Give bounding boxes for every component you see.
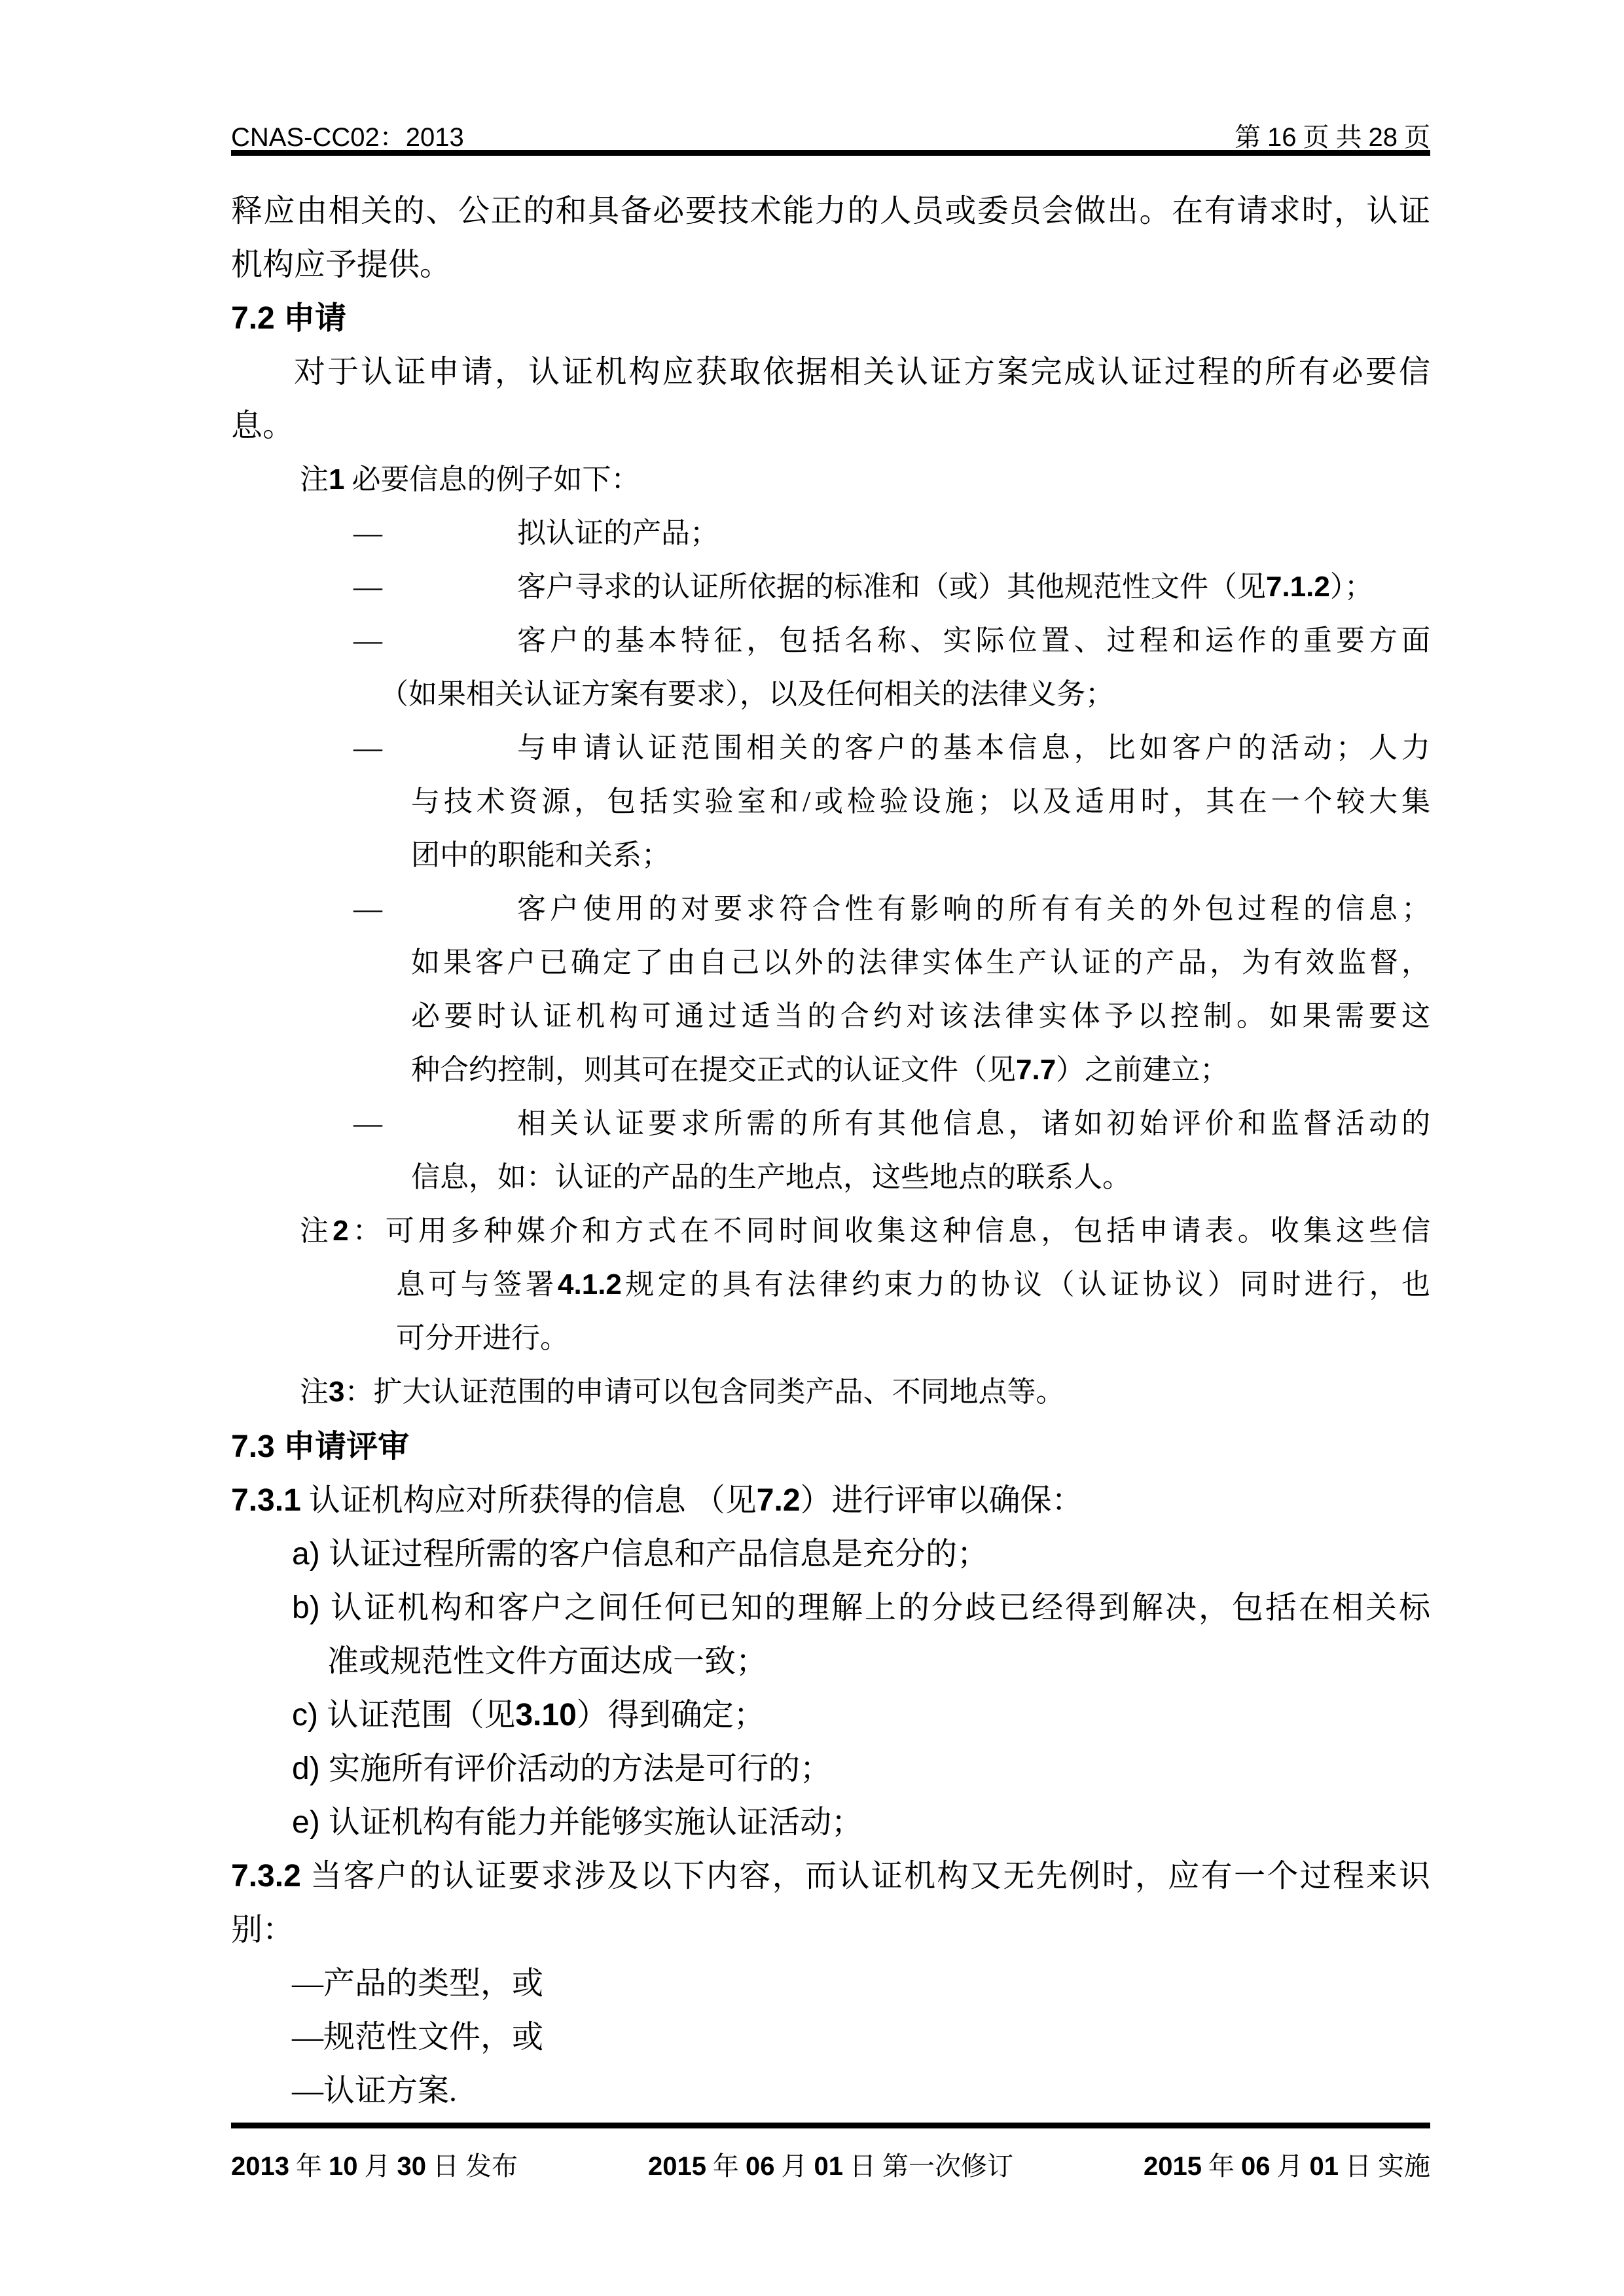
text-segment: 01: [1309, 2152, 1339, 2181]
text-segment: 7.2: [231, 301, 283, 336]
line-text: 与申请认证范围相关的客户的基本信息，比如客户的活动；人力: [517, 732, 1430, 764]
line-text: —规范性文件，或: [292, 2020, 543, 2054]
text-segment: 注: [300, 1376, 329, 1408]
line-text: 信息，如：认证的产品的生产地点，这些地点的联系人。: [411, 1161, 1131, 1193]
text-segment: 28: [1369, 123, 1398, 152]
text-segment: 06: [746, 2152, 775, 2181]
text-line: —与申请认证范围相关的客户的基本信息，比如客户的活动；人力: [353, 732, 382, 764]
line-text: —认证方案.: [292, 2073, 457, 2108]
text-line: 别：: [231, 1912, 294, 1948]
text-segment: ）之前建立；: [1056, 1054, 1229, 1086]
text-segment: 准或规范性文件方面达成一致；: [327, 1644, 767, 1679]
text-segment: 对于认证申请，认证机构应获取依据相关认证方案完成认证过程的所有必要信: [294, 355, 1430, 389]
text-segment: 规定的具有法律约束力的协议（认证协议）同时进行，也: [622, 1268, 1430, 1300]
bullet-dash: —: [353, 624, 382, 656]
text-line: 必要时认证机构可通过适当的合约对该法律实体予以控制。如果需要这: [411, 1000, 1430, 1032]
line-text: 释应由相关的、公正的和具备必要技术能力的人员或委员会做出。在有请求时，认证: [231, 194, 1430, 229]
line-text: 注3：扩大认证范围的申请可以包含同类产品、不同地点等。: [300, 1376, 1064, 1408]
text-line: 准或规范性文件方面达成一致；: [327, 1644, 767, 1679]
text-line: 注2：可用多种媒介和方式在不同时间收集这种信息，包括申请表。收集这些信: [300, 1215, 1430, 1247]
line-text: 息。: [231, 408, 294, 443]
text-segment: —产品的类型，或: [292, 1966, 543, 2001]
text-segment: e): [292, 1805, 329, 1840]
line-text: —产品的类型，或: [292, 1966, 543, 2001]
footer-implementation-date: 2015 年 06 月 01 日 实施: [1144, 2145, 1430, 2183]
text-segment: 机构应予提供。: [231, 247, 451, 282]
text-segment: 当客户的认证要求涉及以下内容，而认证机构又无先例时，应有一个过程来识: [301, 1859, 1430, 1893]
text-segment: 实施所有评价活动的方法是可行的；: [329, 1751, 831, 1786]
text-segment: 7.3: [231, 1429, 283, 1464]
text-segment: 01: [814, 2152, 843, 2181]
line-text: 与技术资源，包括实验室和/或检验设施；以及适用时，其在一个较大集: [411, 785, 1430, 817]
text-segment: ：可用多种媒介和方式在不同时间收集这种信息，包括申请表。收集这些信: [349, 1215, 1430, 1247]
text-segment: d): [292, 1751, 329, 1786]
text-segment: 月: [357, 2151, 397, 2181]
text-line: （如果相关认证方案有要求），以及任何相关的法律义务；: [380, 678, 1114, 710]
text-segment: 06: [1241, 2152, 1271, 2181]
text-segment: 页 共: [1297, 122, 1369, 152]
text-line: 注3：扩大认证范围的申请可以包含同类产品、不同地点等。: [300, 1376, 1064, 1408]
text-line: 息。: [231, 408, 294, 444]
text-line: c) 认证范围（见3.10）得到确定；: [292, 1698, 765, 1733]
text-segment: 7.2: [757, 1483, 801, 1518]
text-segment: 10: [329, 2152, 358, 2181]
text-line: 7.3.2 当客户的认证要求涉及以下内容，而认证机构又无先例时，应有一个过程来识: [231, 1859, 1430, 1894]
text-line: 与技术资源，包括实验室和/或检验设施；以及适用时，其在一个较大集: [411, 785, 1430, 817]
text-segment: 与技术资源，包括实验室和/或检验设施；以及适用时，其在一个较大集: [411, 785, 1430, 817]
text-segment: 客户使用的对要求符合性有影响的所有有关的外包过程的信息；: [517, 893, 1430, 925]
text-segment: 30: [397, 2152, 426, 2181]
text-segment: 客户的基本特征，包括名称、实际位置、过程和运作的重要方面: [517, 624, 1430, 656]
line-text: 种合约控制，则其可在提交正式的认证文件（见7.7）之前建立；: [411, 1054, 1229, 1086]
line-text: 7.3.2 当客户的认证要求涉及以下内容，而认证机构又无先例时，应有一个过程来识: [231, 1859, 1430, 1894]
text-segment: 注: [300, 463, 329, 495]
text-segment: a): [292, 1537, 329, 1571]
line-text: 如果客户已确定了由自己以外的法律实体生产认证的产品，为有效监督，: [411, 946, 1430, 978]
text-segment: 年: [706, 2151, 746, 2181]
text-segment: 拟认证的产品；: [517, 517, 719, 549]
line-text: 7.3.1 认证机构应对所获得的信息 （见7.2）进行评审以确保：: [231, 1483, 1083, 1518]
line-text: 注1 必要信息的例子如下：: [300, 463, 640, 495]
text-line: d) 实施所有评价活动的方法是可行的；: [292, 1751, 831, 1787]
text-segment: 与申请认证范围相关的客户的基本信息，比如客户的活动；人力: [517, 732, 1430, 764]
text-line: —产品的类型，或: [292, 1966, 543, 2001]
line-text: 息可与签署4.1.2规定的具有法律约束力的协议（认证协议）同时进行，也: [396, 1268, 1430, 1300]
text-segment: 月: [774, 2151, 814, 2181]
text-line: e) 认证机构有能力并能够实施认证活动；: [292, 1805, 863, 1840]
line-text: 机构应予提供。: [231, 247, 451, 282]
bullet-dash: —: [353, 571, 382, 603]
page-number-indicator: 第 16 页 共 28 页: [1235, 117, 1430, 154]
text-segment: 7.3.1: [231, 1483, 301, 1518]
text-segment: 种合约控制，则其可在提交正式的认证文件（见: [411, 1054, 1016, 1086]
line-text: 客户使用的对要求符合性有影响的所有有关的外包过程的信息；: [517, 893, 1430, 925]
text-segment: 别：: [231, 1912, 294, 1947]
text-segment: 团中的职能和关系；: [411, 839, 670, 871]
text-line: 息可与签署4.1.2规定的具有法律约束力的协议（认证协议）同时进行，也: [396, 1268, 1430, 1300]
text-segment: 必要信息的例子如下：: [344, 463, 640, 495]
line-text: a) 认证过程所需的客户信息和产品信息是充分的；: [292, 1537, 988, 1571]
line-text: 拟认证的产品；: [517, 517, 719, 549]
text-line: —拟认证的产品；: [353, 517, 382, 549]
text-segment: 息可与签署: [396, 1268, 558, 1300]
text-segment: 如果客户已确定了由自己以外的法律实体生产认证的产品，为有效监督，: [411, 946, 1430, 978]
line-text: e) 认证机构有能力并能够实施认证活动；: [292, 1805, 863, 1840]
footer-revision-date: 2015 年 06 月 01 日 第一次修订: [648, 2145, 1013, 2183]
text-segment: 日 实施: [1339, 2151, 1430, 2181]
text-line: 注1 必要信息的例子如下：: [300, 463, 640, 495]
text-segment: 认证机构应对所获得的信息 （见: [301, 1483, 757, 1518]
bullet-dash: —: [353, 1107, 382, 1139]
text-segment: 2013: [231, 2152, 289, 2181]
line-text: 可分开进行。: [396, 1322, 569, 1354]
text-segment: 4.1.2: [558, 1268, 622, 1300]
line-text: 别：: [231, 1912, 294, 1947]
text-line: 7.2 申请: [231, 301, 346, 336]
line-text: 对于认证申请，认证机构应获取依据相关认证方案完成认证过程的所有必要信: [294, 355, 1430, 390]
line-text: 团中的职能和关系；: [411, 839, 670, 871]
text-segment: 息。: [231, 408, 294, 443]
bullet-dash: —: [353, 517, 382, 549]
text-segment: 释应由相关的、公正的和具备必要技术能力的人员或委员会做出。在有请求时，认证: [231, 194, 1430, 228]
text-segment: 认证机构有能力并能够实施认证活动；: [329, 1805, 863, 1840]
line-text: 相关认证要求所需的所有其他信息，诸如初始评价和监督活动的: [517, 1107, 1430, 1139]
text-segment: ）得到确定；: [577, 1698, 765, 1732]
text-segment: 申请评审: [283, 1429, 409, 1464]
text-segment: 日 发布: [426, 2151, 518, 2181]
footer-rule: [231, 2123, 1430, 2128]
line-text: 客户的基本特征，包括名称、实际位置、过程和运作的重要方面: [517, 624, 1430, 656]
text-segment: （如果相关认证方案有要求），以及任何相关的法律义务；: [380, 678, 1114, 710]
text-line: 信息，如：认证的产品的生产地点，这些地点的联系人。: [411, 1161, 1131, 1193]
line-text: 注2：可用多种媒介和方式在不同时间收集这种信息，包括申请表。收集这些信: [300, 1215, 1430, 1247]
text-line: 释应由相关的、公正的和具备必要技术能力的人员或委员会做出。在有请求时，认证: [231, 194, 1430, 229]
text-segment: 必要时认证机构可通过适当的合约对该法律实体予以控制。如果需要这: [411, 1000, 1430, 1032]
text-segment: 3.10: [515, 1698, 576, 1732]
line-text: d) 实施所有评价活动的方法是可行的；: [292, 1751, 831, 1786]
text-segment: 客户寻求的认证所依据的标准和（或）其他规范性文件（见: [517, 571, 1266, 603]
text-line: —相关认证要求所需的所有其他信息，诸如初始评价和监督活动的: [353, 1107, 382, 1139]
text-line: 机构应予提供。: [231, 247, 451, 283]
text-segment: 第: [1235, 122, 1267, 152]
text-line: —客户使用的对要求符合性有影响的所有有关的外包过程的信息；: [353, 893, 382, 925]
text-segment: 1: [329, 463, 344, 495]
text-segment: 年: [1202, 2151, 1241, 2181]
text-segment: 注: [300, 1215, 333, 1247]
line-text: 必要时认证机构可通过适当的合约对该法律实体予以控制。如果需要这: [411, 1000, 1430, 1032]
text-line: 团中的职能和关系；: [411, 839, 670, 871]
text-segment: 7.7: [1016, 1054, 1056, 1086]
text-segment: 2015: [648, 2152, 706, 2181]
text-segment: c): [292, 1698, 327, 1732]
text-segment: 页: [1398, 122, 1430, 152]
text-segment: 2: [333, 1215, 348, 1247]
line-text: 准或规范性文件方面达成一致；: [327, 1644, 767, 1679]
footer-publish-date: 2013 年 10 月 30 日 发布: [231, 2145, 518, 2183]
text-line: 7.3.1 认证机构应对所获得的信息 （见7.2）进行评审以确保：: [231, 1483, 1083, 1518]
text-segment: 16: [1267, 123, 1297, 152]
line-text: 客户寻求的认证所依据的标准和（或）其他规范性文件（见7.1.2）；: [517, 571, 1373, 603]
line-text: 7.2 申请: [231, 301, 346, 336]
text-segment: ：扩大认证范围的申请可以包含同类产品、不同地点等。: [344, 1376, 1064, 1408]
document-page: CNAS-CC02：2013 第 16 页 共 28 页 释应由相关的、公正的和…: [0, 0, 1624, 2296]
header-rule: [231, 150, 1430, 156]
text-segment: 年: [289, 2151, 329, 2181]
text-segment: 可分开进行。: [396, 1322, 569, 1354]
text-segment: 2015: [1144, 2152, 1202, 2181]
text-segment: 3: [329, 1376, 344, 1408]
text-segment: b): [292, 1590, 331, 1625]
text-line: —客户的基本特征，包括名称、实际位置、过程和运作的重要方面: [353, 624, 382, 656]
document-footer: 2013 年 10 月 30 日 发布2015 年 06 月 01 日 第一次修…: [231, 2145, 1430, 2183]
text-segment: —规范性文件，或: [292, 2020, 543, 2054]
text-line: —认证方案.: [292, 2073, 457, 2109]
line-text: （如果相关认证方案有要求），以及任何相关的法律义务；: [380, 678, 1114, 710]
text-segment: 相关认证要求所需的所有其他信息，诸如初始评价和监督活动的: [517, 1107, 1430, 1139]
text-segment: ）；: [1330, 571, 1373, 603]
text-segment: 认证机构和客户之间任何已知的理解上的分歧已经得到解决，包括在相关标: [331, 1590, 1430, 1625]
text-segment: 认证范围（见: [327, 1698, 515, 1732]
text-segment: 月: [1270, 2151, 1309, 2181]
text-line: —规范性文件，或: [292, 2020, 543, 2055]
text-segment: 认证过程所需的客户信息和产品信息是充分的；: [329, 1537, 988, 1571]
text-segment: 7.3.2: [231, 1859, 301, 1893]
text-segment: 日 第一次修订: [843, 2151, 1013, 2181]
text-segment: 7.1.2: [1266, 571, 1330, 603]
document-code: CNAS-CC02：2013: [231, 117, 464, 154]
line-text: b) 认证机构和客户之间任何已知的理解上的分歧已经得到解决，包括在相关标: [292, 1590, 1430, 1626]
text-line: 如果客户已确定了由自己以外的法律实体生产认证的产品，为有效监督，: [411, 946, 1430, 978]
text-line: —客户寻求的认证所依据的标准和（或）其他规范性文件（见7.1.2）；: [353, 571, 382, 603]
text-line: 种合约控制，则其可在提交正式的认证文件（见7.7）之前建立；: [411, 1054, 1229, 1086]
line-text: c) 认证范围（见3.10）得到确定；: [292, 1698, 765, 1732]
bullet-dash: —: [353, 893, 382, 925]
text-segment: 申请: [283, 301, 346, 336]
text-segment: —认证方案.: [292, 2073, 457, 2108]
text-line: 对于认证申请，认证机构应获取依据相关认证方案完成认证过程的所有必要信: [294, 355, 1430, 390]
text-line: b) 认证机构和客户之间任何已知的理解上的分歧已经得到解决，包括在相关标: [292, 1590, 1430, 1626]
bullet-dash: —: [353, 732, 382, 764]
text-line: 可分开进行。: [396, 1322, 569, 1354]
text-segment: 信息，如：认证的产品的生产地点，这些地点的联系人。: [411, 1161, 1131, 1193]
line-text: 7.3 申请评审: [231, 1429, 409, 1464]
text-line: 7.3 申请评审: [231, 1429, 409, 1465]
text-segment: ）进行评审以确保：: [801, 1483, 1083, 1518]
text-line: a) 认证过程所需的客户信息和产品信息是充分的；: [292, 1537, 988, 1572]
